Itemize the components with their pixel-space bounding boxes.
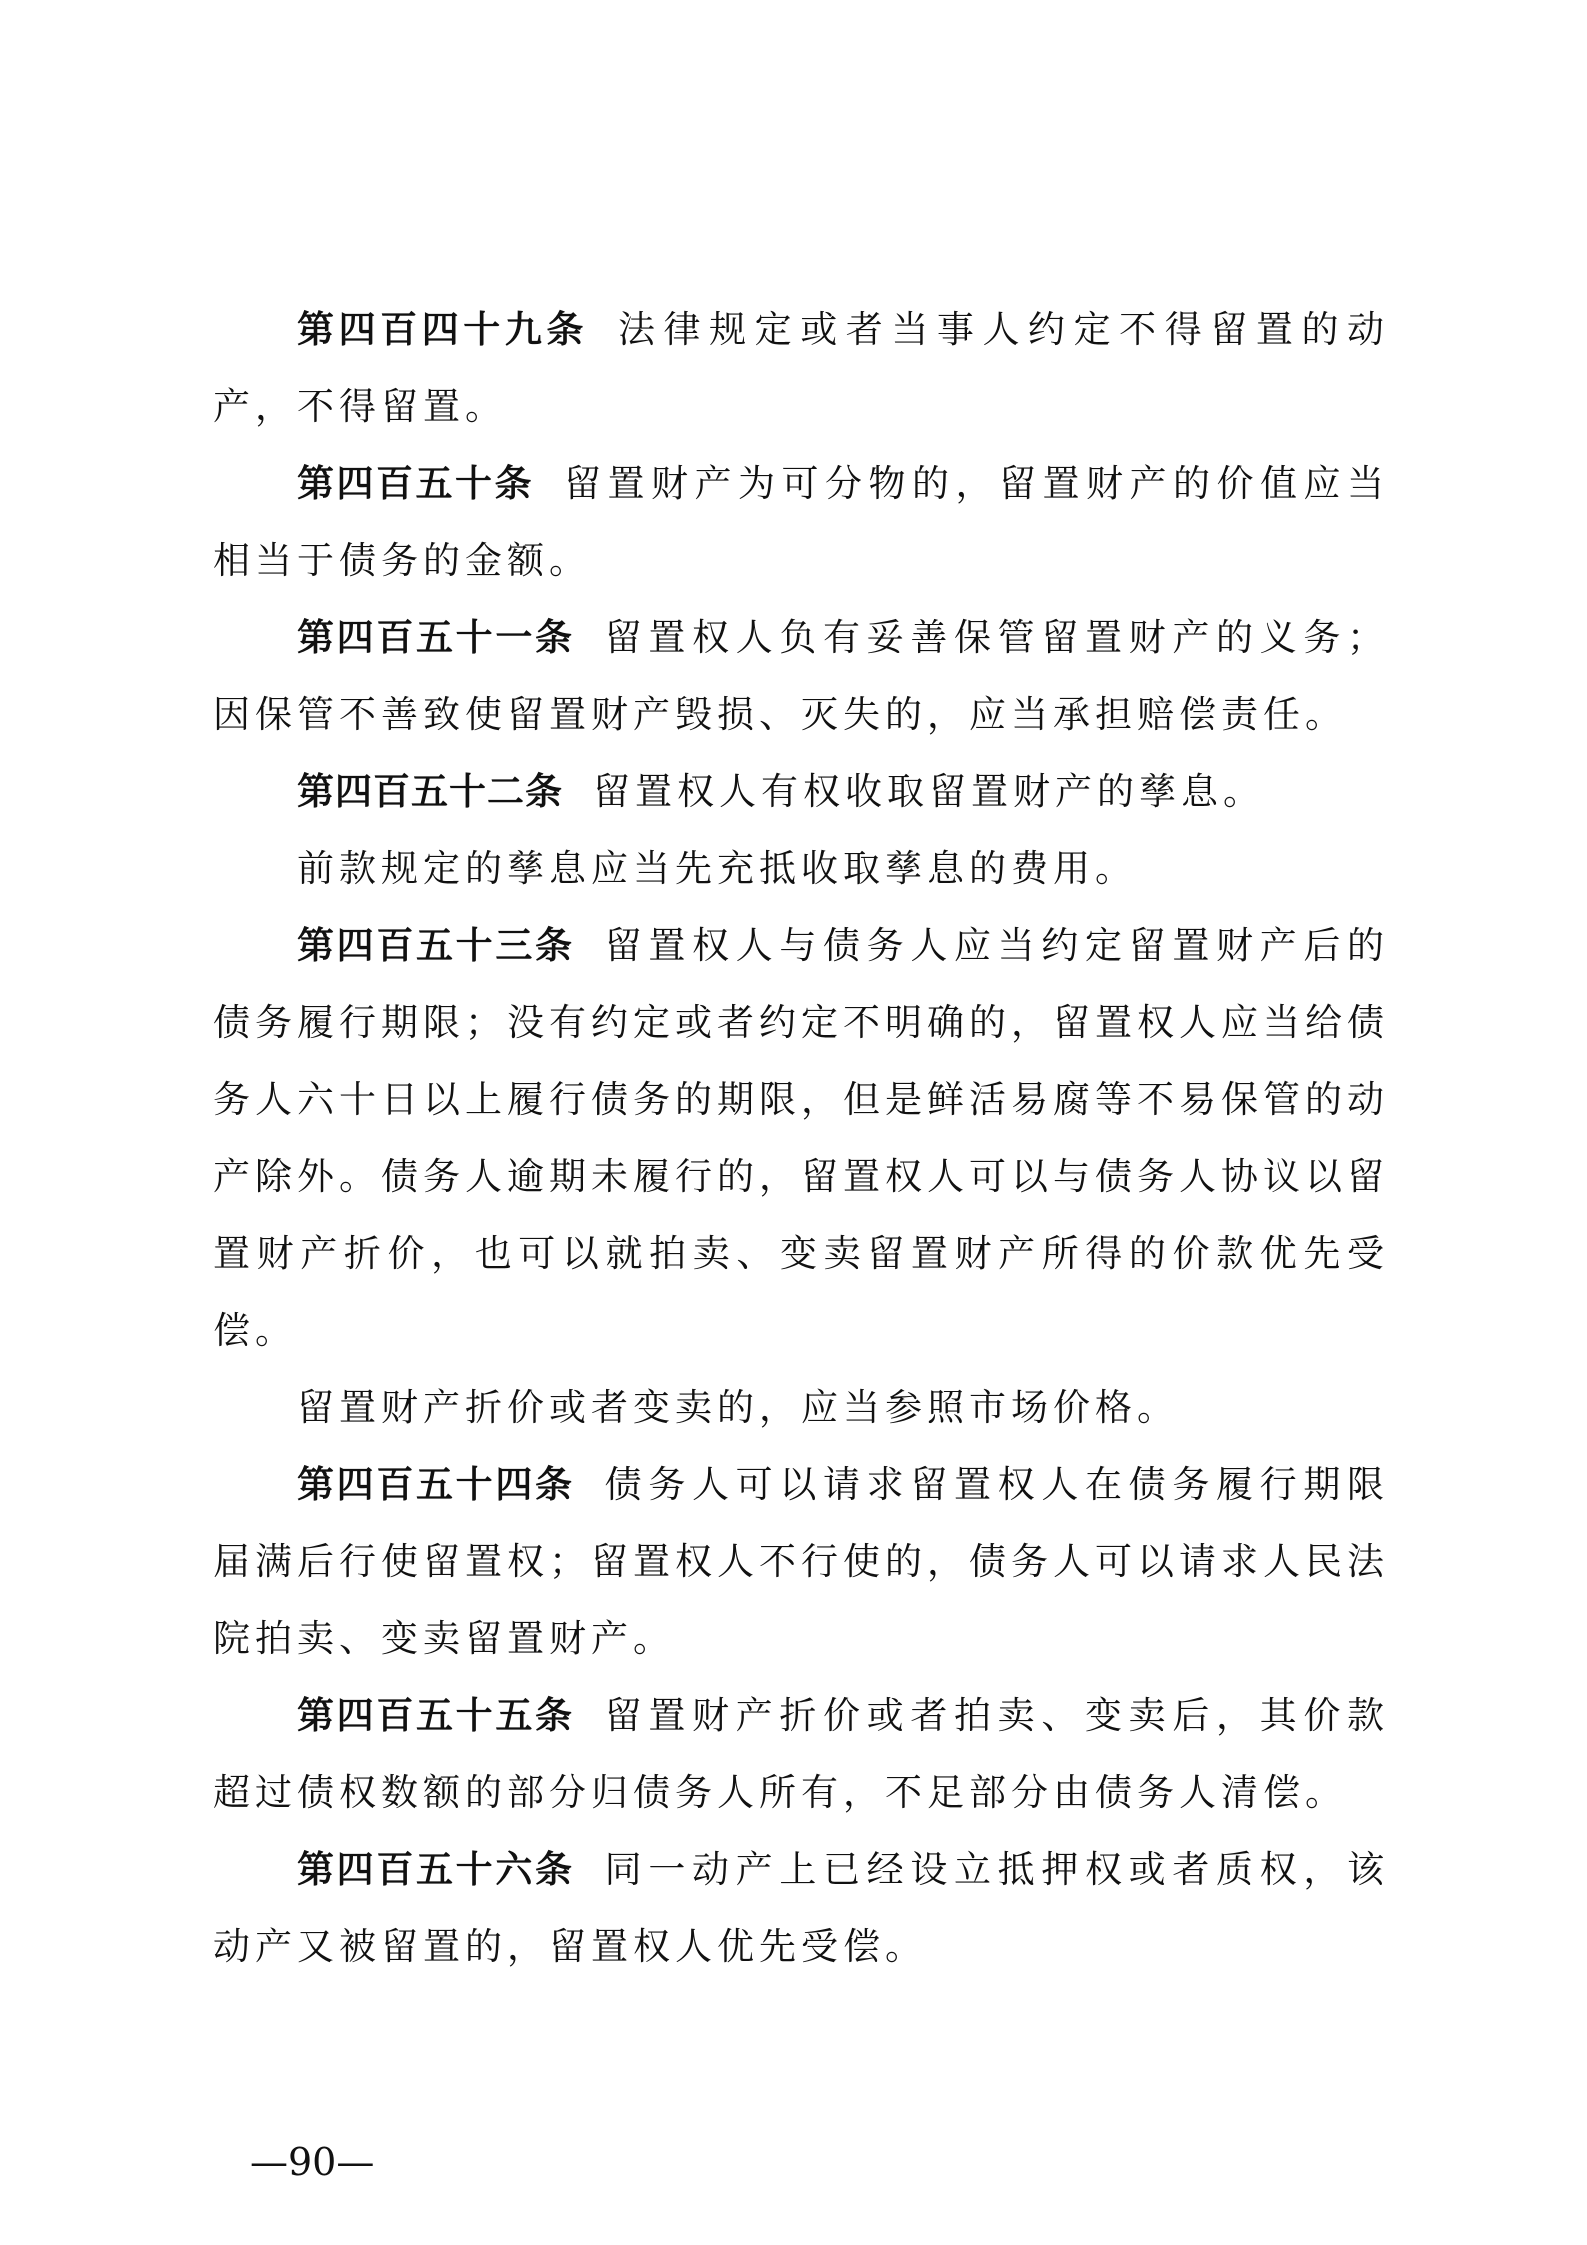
article-number: 第四百五十一条 (297, 616, 575, 659)
article-number: 第四百四十九条 (297, 308, 588, 351)
article-450: 第四百五十条留置财产为可分物的，留置财产的价值应当相当于债务的金额。 (213, 445, 1389, 599)
article-451: 第四百五十一条留置权人负有妥善保管留置财产的义务；因保管不善致使留置财产毁损、灭… (213, 599, 1389, 753)
article-455: 第四百五十五条留置财产折价或者拍卖、变卖后，其价款超过债权数额的部分归债务人所有… (213, 1677, 1389, 1831)
paragraph-text: 留置财产折价或者变卖的，应当参照市场价格。 (297, 1386, 1179, 1429)
article-456: 第四百五十六条同一动产上已经设立抵押权或者质权，该动产又被留置的，留置权人优先受… (213, 1831, 1389, 1985)
article-number: 第四百五十四条 (297, 1463, 575, 1506)
article-452: 第四百五十二条留置权人有权收取留置财产的孳息。 (213, 753, 1389, 830)
paragraph-text: 前款规定的孳息应当先充抵收取孳息的费用。 (297, 847, 1137, 890)
article-453: 第四百五十三条留置权人与债务人应当约定留置财产后的债务履行期限；没有约定或者约定… (213, 907, 1389, 1369)
article-text: 留置权人有权收取留置财产的孳息。 (593, 770, 1265, 813)
article-number: 第四百五十二条 (297, 770, 563, 813)
article-452-paragraph-2: 前款规定的孳息应当先充抵收取孳息的费用。 (213, 830, 1389, 907)
article-449: 第四百四十九条法律规定或者当事人约定不得留置的动产，不得留置。 (213, 291, 1389, 445)
article-number: 第四百五十五条 (297, 1694, 575, 1737)
document-body: 第四百四十九条法律规定或者当事人约定不得留置的动产，不得留置。 第四百五十条留置… (213, 291, 1389, 1985)
article-453-paragraph-2: 留置财产折价或者变卖的，应当参照市场价格。 (213, 1369, 1389, 1446)
page-number: —90— (250, 2140, 374, 2184)
article-number: 第四百五十条 (297, 462, 534, 505)
article-454: 第四百五十四条债务人可以请求留置权人在债务履行期限届满后行使留置权；留置权人不行… (213, 1446, 1389, 1677)
article-number: 第四百五十三条 (297, 924, 575, 967)
article-text: 留置权人与债务人应当约定留置财产后的债务履行期限；没有约定或者约定不明确的，留置… (213, 924, 1389, 1352)
article-number: 第四百五十六条 (297, 1848, 575, 1891)
